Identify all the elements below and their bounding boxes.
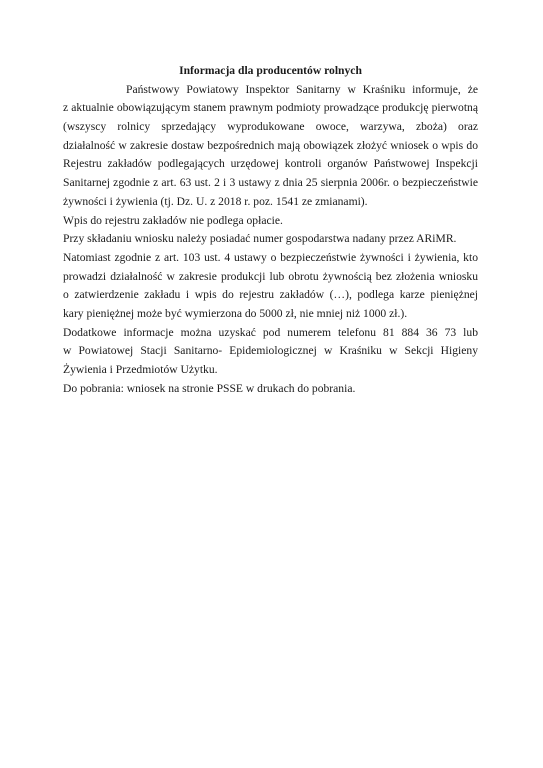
text-line: Żywienia i Przedmiotów Użytku. [63, 361, 478, 380]
document-title: Informacja dla producentów rolnych [63, 62, 478, 81]
paragraph-contact: Dodatkowe informacje można uzyskać pod n… [63, 324, 478, 380]
text-line: z aktualnie obowiązującym stanem prawnym… [63, 99, 478, 118]
paragraph-penalty: Natomiast zgodnie z art. 103 ust. 4 usta… [63, 249, 478, 324]
document-page: Informacja dla producentów rolnych Państ… [63, 62, 478, 398]
text-line: Do pobrania: wniosek na stronie PSSE w d… [63, 380, 478, 399]
text-line: (wszyscy rolnicy sprzedający wyprodukowa… [63, 118, 478, 137]
text-line: żywności i żywienia (tj. Dz. U. z 2018 r… [63, 193, 478, 212]
text-line: Sanitarnej zgodnie z art. 63 ust. 2 i 3 … [63, 174, 478, 193]
text-line: kary pieniężnej może być wymierzona do 5… [63, 305, 478, 324]
paragraph-arimr: Przy składaniu wniosku należy posiadać n… [63, 230, 478, 249]
text-line: Dodatkowe informacje można uzyskać pod n… [63, 324, 478, 343]
text-line: o zatwierdzenie zakładu i wpis do rejest… [63, 286, 478, 305]
text-line: prowadzi działalność w zakresie produkcj… [63, 268, 478, 287]
paragraph-download: Do pobrania: wniosek na stronie PSSE w d… [63, 380, 478, 399]
text-line: w Powiatowej Stacji Sanitarno- Epidemiol… [63, 342, 478, 361]
text-line: działalność w zakresie dostaw bezpośredn… [63, 137, 478, 156]
text-line: Wpis do rejestru zakładów nie podlega op… [63, 212, 478, 231]
text-line: Rejestru zakładów podlegających urzędowe… [63, 155, 478, 174]
paragraph-fee: Wpis do rejestru zakładów nie podlega op… [63, 212, 478, 231]
text-line: Przy składaniu wniosku należy posiadać n… [63, 230, 478, 249]
text-line: Państwowy Powiatowy Inspektor Sanitarny … [63, 81, 478, 100]
paragraph-intro: Państwowy Powiatowy Inspektor Sanitarny … [63, 81, 478, 212]
text-line: Natomiast zgodnie z art. 103 ust. 4 usta… [63, 249, 478, 268]
